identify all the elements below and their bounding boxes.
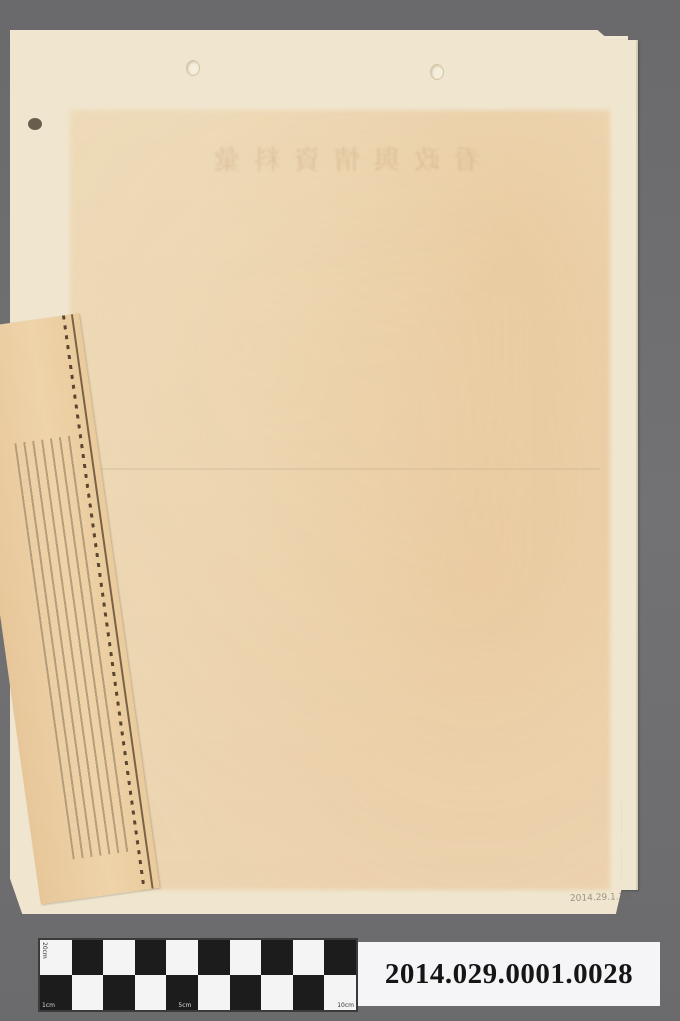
scale-cell bbox=[166, 940, 198, 975]
punch-hole bbox=[430, 64, 444, 80]
scale-cell bbox=[230, 940, 262, 975]
scale-cell bbox=[72, 940, 104, 975]
scale-cell bbox=[261, 940, 293, 975]
scale-cell bbox=[198, 940, 230, 975]
scale-cell bbox=[135, 940, 167, 975]
scale-label-end: 10cm bbox=[337, 1002, 354, 1009]
scale-cell bbox=[324, 940, 356, 975]
scale-cell: 10cm bbox=[324, 975, 356, 1010]
color-scale-bar: 20cm 1cm 5cm 10cm bbox=[38, 938, 358, 1012]
scale-label-mid: 5cm bbox=[178, 1002, 191, 1009]
scale-cell bbox=[72, 975, 104, 1010]
scale-cell bbox=[198, 975, 230, 1010]
scale-cell bbox=[103, 940, 135, 975]
scale-cell: 20cm bbox=[40, 940, 72, 975]
paper-stain bbox=[70, 110, 610, 890]
scale-cell bbox=[261, 975, 293, 1010]
scale-cell bbox=[293, 940, 325, 975]
scale-label-top: 20cm bbox=[41, 942, 48, 959]
fold-line bbox=[60, 468, 600, 470]
handwritten-note: 2014.29.1.28 bbox=[570, 892, 630, 904]
scale-cell bbox=[293, 975, 325, 1010]
accession-number-label: 2014.029.0001.0028 bbox=[358, 942, 660, 1006]
scale-cell: 1cm bbox=[40, 975, 72, 1010]
show-through-title: 看政與情資料彙 bbox=[150, 140, 530, 180]
binding-hole-icon bbox=[28, 118, 42, 130]
scale-cell: 5cm bbox=[166, 975, 198, 1010]
scale-cell bbox=[103, 975, 135, 1010]
scale-cell bbox=[135, 975, 167, 1010]
punch-hole bbox=[186, 60, 200, 76]
scale-cell bbox=[230, 975, 262, 1010]
scale-label-start: 1cm bbox=[42, 1002, 55, 1009]
